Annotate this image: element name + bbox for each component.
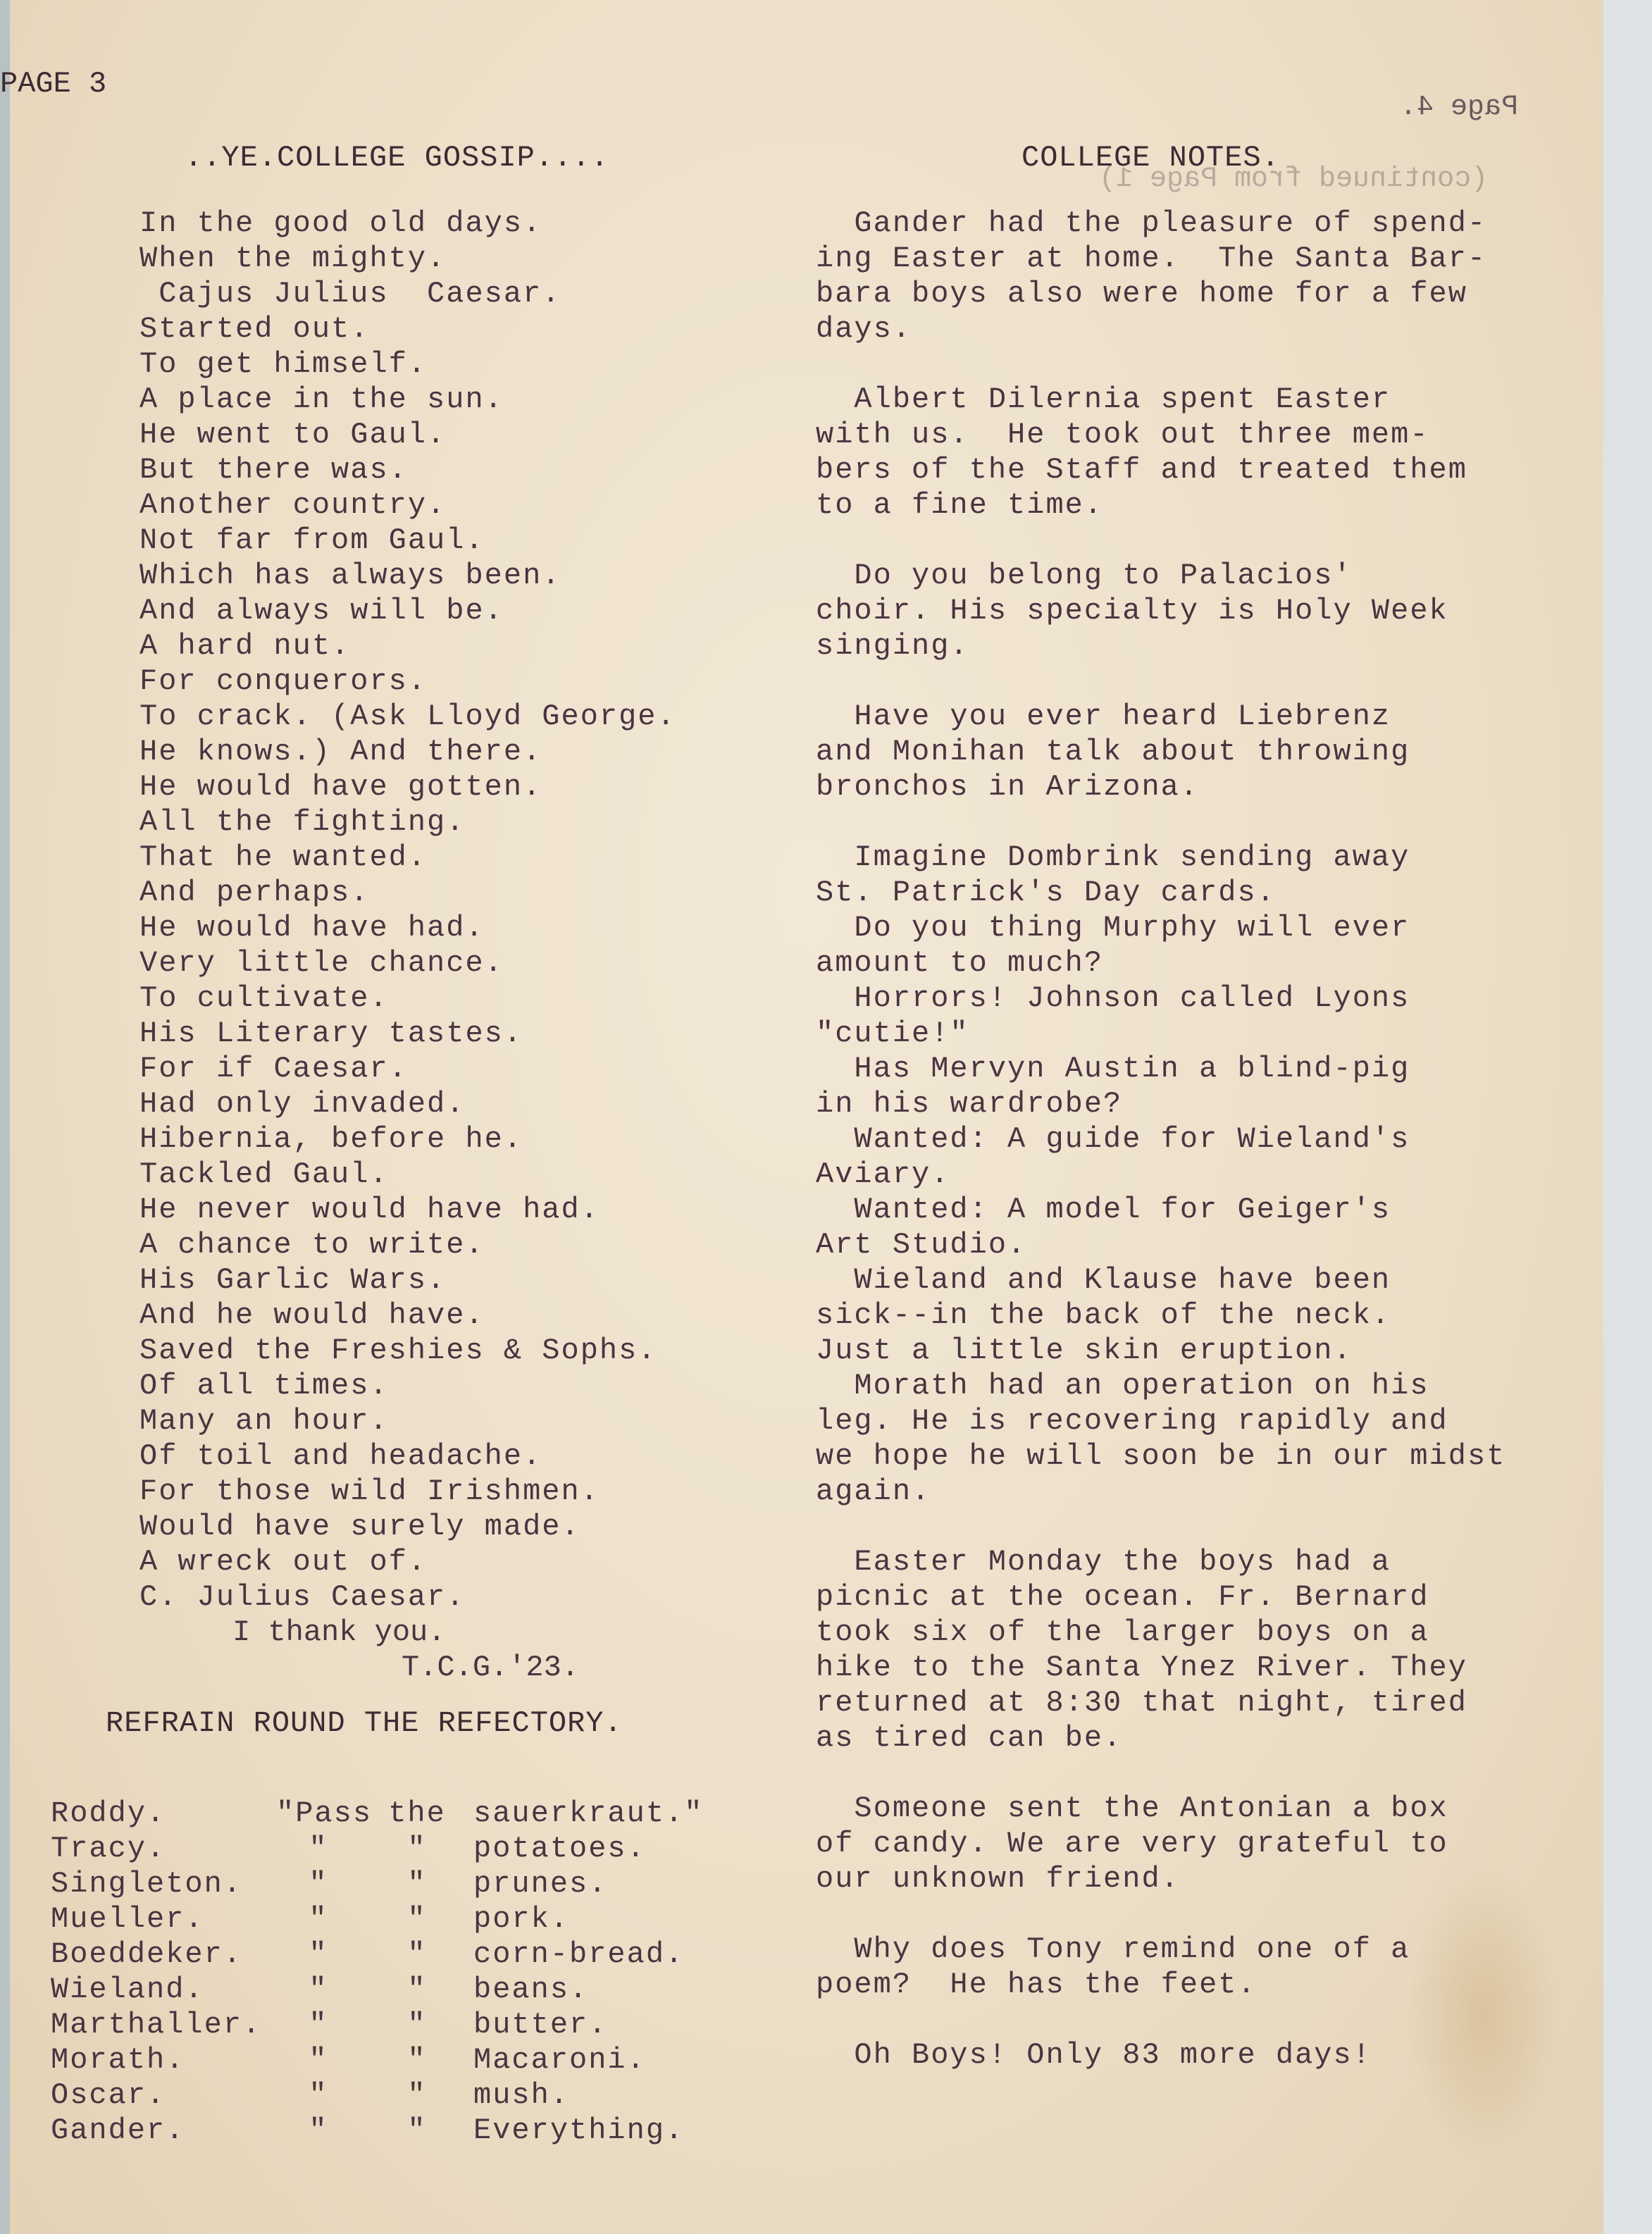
poem-line: And perhaps. [139,875,676,910]
ditto-mark: " [361,1937,473,1972]
note-line: again. [816,1474,1505,1509]
poem-line: When the mighty. [139,241,676,276]
note-line: our unknown friend. [816,1861,1505,1897]
poem-line: Cajus Julius Caesar. [139,276,676,311]
note-line: hike to the Santa Ynez River. They [816,1650,1505,1685]
note-line: picnic at the ocean. Fr. Bernard [816,1580,1505,1615]
note-line: in his wardrobe? [816,1086,1505,1122]
refrain-name: Singleton. [51,1866,276,1901]
note-line: days. [816,311,1505,347]
poem-line: He never would have had. [139,1192,676,1227]
ditto-mark: " [361,2078,473,2113]
note-paragraph: Albert Dilernia spent Easterwith us. He … [816,382,1505,523]
note-line: poem? He has the feet. [816,1967,1505,2002]
refrain-row: Gander.""Everything. [51,2113,703,2148]
note-line: Why does Tony remind one of a [816,1932,1505,1967]
note-paragraph: Why does Tony remind one of apoem? He ha… [816,1932,1505,2002]
note-line: ing Easter at home. The Santa Bar- [816,241,1505,276]
refrain-name: Roddy. [51,1796,276,1831]
note-paragraph: Oh Boys! Only 83 more days! [816,2037,1505,2073]
poem-line: Saved the Freshies & Sophs. [139,1333,676,1368]
note-line: of candy. We are very grateful to [816,1826,1505,1861]
refrain-item: potatoes. [473,1831,646,1866]
scan-edge-left [0,0,10,2234]
poem-line: A chance to write. [139,1227,676,1262]
poem-line: Of toil and headache. [139,1439,676,1474]
bleedthrough-page-number: Page 4. [1400,92,1518,123]
refrain-row: Wieland.""beans. [51,1972,703,2007]
note-line: choir. His specialty is Holy Week [816,593,1505,628]
ditto-mark: " [361,1866,473,1901]
poem-line: For conquerors. [139,664,676,699]
page-number-left: PAGE 3 [0,67,106,101]
poem-line: For if Caesar. [139,1051,676,1086]
poem-line: His Literary tastes. [139,1016,676,1051]
ditto-mark: the [361,1796,473,1831]
note-line: Horrors! Johnson called Lyons [816,981,1505,1016]
poem-line: He went to Gaul. [139,417,676,452]
note-line: took six of the larger boys on a [816,1615,1505,1650]
note-line: Have you ever heard Liebrenz [816,699,1505,734]
note-paragraph: Someone sent the Antonian a boxof candy.… [816,1791,1505,1897]
note-line: as tired can be. [816,1720,1505,1756]
note-line: Someone sent the Antonian a box [816,1791,1505,1826]
poem-line: To get himself. [139,347,676,382]
refrain-item: Everything. [473,2113,684,2148]
poem-line: Not far from Gaul. [139,523,676,558]
ditto-mark: " [276,1972,361,2007]
note-line: bara boys also were home for a few [816,276,1505,311]
refrain-row: Mueller.""pork. [51,1901,703,1937]
refrain-item: beans. [473,1972,588,2007]
refrain-item: Macaroni. [473,2042,646,2078]
refrain-row: Marthaller.""butter. [51,2007,703,2042]
poem-line: He would have gotten. [139,769,676,805]
note-line: Oh Boys! Only 83 more days! [816,2037,1505,2073]
note-line: Do you belong to Palacios' [816,558,1505,593]
note-paragraph: Gander had the pleasure of spend-ing Eas… [816,206,1505,347]
ditto-mark: "Pass [276,1796,361,1831]
refrain-name: Mueller. [51,1901,276,1937]
ditto-mark: " [276,2042,361,2078]
note-paragraph: Imagine Dombrink sending awaySt. Patrick… [816,840,1505,1509]
note-line: with us. He took out three mem- [816,417,1505,452]
notes-title: COLLEGE NOTES. [1021,141,1280,175]
note-line: Do you thing Murphy will ever [816,910,1505,945]
refrain-row: Roddy."Passthesauerkraut." [51,1796,703,1831]
note-line: to a fine time. [816,488,1505,523]
refrain-row: Oscar.""mush. [51,2078,703,2113]
note-line: Imagine Dombrink sending away [816,840,1505,875]
poem-line: To cultivate. [139,981,676,1016]
poem-line: And he would have. [139,1298,676,1333]
note-paragraph: Have you ever heard Liebrenzand Monihan … [816,699,1505,805]
refrain-name: Boeddeker. [51,1937,276,1972]
ditto-mark: " [276,1831,361,1866]
refrain-name: Marthaller. [51,2007,276,2042]
ditto-mark: " [361,2007,473,2042]
poem-line: All the fighting. [139,805,676,840]
refrain-item: corn-bread. [473,1937,684,1972]
note-line: Has Mervyn Austin a blind-pig [816,1051,1505,1086]
note-line: bronchos in Arizona. [816,769,1505,805]
refrain-name: Wieland. [51,1972,276,2007]
ditto-mark: " [361,1972,473,2007]
ditto-mark: " [276,1937,361,1972]
refrain-row: Morath.""Macaroni. [51,2042,703,2078]
refrain-list: Roddy."Passthesauerkraut."Tracy.""potato… [51,1796,703,2148]
note-line: Morath had an operation on his [816,1368,1505,1403]
poem-line: Very little chance. [139,945,676,981]
college-notes: Gander had the pleasure of spend-ing Eas… [816,206,1505,2108]
ditto-mark: " [276,2078,361,2113]
ditto-mark: " [361,1901,473,1937]
poem-line: Of all times. [139,1368,676,1403]
ditto-mark: " [276,2113,361,2148]
poem-line: In the good old days. [139,206,676,241]
refrain-item: mush. [473,2078,569,2113]
refrain-item: butter. [473,2007,607,2042]
note-line: and Monihan talk about throwing [816,734,1505,769]
poem-line: And always will be. [139,593,676,628]
poem-line: Another country. [139,488,676,523]
gossip-poem: In the good old days.When the mighty. Ca… [139,206,676,1615]
refrain-row: Boeddeker.""corn-bread. [51,1937,703,1972]
poem-line: Which has always been. [139,558,676,593]
poem-signature: T.C.G.'23. [402,1651,579,1684]
refrain-title: REFRAIN ROUND THE REFECTORY. [106,1706,623,1740]
poem-line: Had only invaded. [139,1086,676,1122]
refrain-name: Gander. [51,2113,276,2148]
note-line: leg. He is recovering rapidly and [816,1403,1505,1439]
poem-line: A hard nut. [139,628,676,664]
note-line: singing. [816,628,1505,664]
note-line: sick--in the back of the neck. [816,1298,1505,1333]
poem-line: Hibernia, before he. [139,1122,676,1157]
ditto-mark: " [276,2007,361,2042]
refrain-item: pork. [473,1901,569,1937]
ditto-mark: " [276,1866,361,1901]
note-line: "cutie!" [816,1016,1505,1051]
refrain-name: Morath. [51,2042,276,2078]
note-line: Wanted: A model for Geiger's [816,1192,1505,1227]
note-line: bers of the Staff and treated them [816,452,1505,488]
poem-line: Would have surely made. [139,1509,676,1544]
poem-line: Many an hour. [139,1403,676,1439]
note-line: Wanted: A guide for Wieland's [816,1122,1505,1157]
note-line: we hope he will soon be in our midst [816,1439,1505,1474]
gossip-title: ..YE.COLLEGE GOSSIP.... [185,141,609,175]
poem-line: That he wanted. [139,840,676,875]
poem-line: To crack. (Ask Lloyd George. [139,699,676,734]
note-line: Art Studio. [816,1227,1505,1262]
poem-line: Tackled Gaul. [139,1157,676,1192]
ditto-mark: " [361,2042,473,2078]
note-line: St. Patrick's Day cards. [816,875,1505,910]
note-line: Aviary. [816,1157,1505,1192]
refrain-row: Singleton.""prunes. [51,1866,703,1901]
note-line: Easter Monday the boys had a [816,1544,1505,1580]
note-paragraph: Do you belong to Palacios'choir. His spe… [816,558,1505,664]
refrain-item: sauerkraut." [473,1796,703,1831]
poem-line: He would have had. [139,910,676,945]
poem-line: Started out. [139,311,676,347]
note-line: returned at 8:30 that night, tired [816,1685,1505,1720]
poem-line: C. Julius Caesar. [139,1580,676,1615]
poem-closing: I thank you. [232,1615,445,1649]
poem-line: His Garlic Wars. [139,1262,676,1298]
note-line: Wieland and Klause have been [816,1262,1505,1298]
poem-line: A place in the sun. [139,382,676,417]
ditto-mark: " [361,1831,473,1866]
note-line: Gander had the pleasure of spend- [816,206,1505,241]
poem-line: But there was. [139,452,676,488]
poem-line: He knows.) And there. [139,734,676,769]
poem-line: For those wild Irishmen. [139,1474,676,1509]
note-paragraph: Easter Monday the boys had apicnic at th… [816,1544,1505,1756]
ditto-mark: " [276,1901,361,1937]
note-line: Albert Dilernia spent Easter [816,382,1505,417]
refrain-name: Tracy. [51,1831,276,1866]
ditto-mark: " [361,2113,473,2148]
refrain-row: Tracy.""potatoes. [51,1831,703,1866]
poem-line: A wreck out of. [139,1544,676,1580]
note-line: amount to much? [816,945,1505,981]
refrain-name: Oscar. [51,2078,276,2113]
refrain-item: prunes. [473,1866,607,1901]
note-line: Just a little skin eruption. [816,1333,1505,1368]
